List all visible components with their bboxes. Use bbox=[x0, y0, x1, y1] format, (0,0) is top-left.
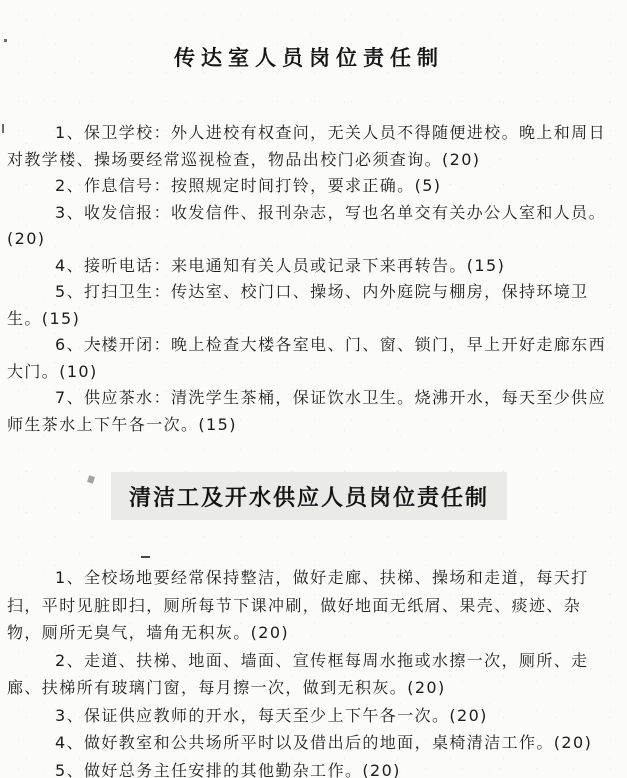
duty-item-1-5: 5、打扫卫生：传达室、校门口、操场、内外庭院与棚房，保持环境卫生。(15) bbox=[7, 279, 611, 332]
duty-item-1-3: 3、收发信报：收发信件、报刊杂志，写也名单交有关办公人室和人员。(20) bbox=[7, 200, 611, 253]
duty-item-1-6: 6、大楼开闭：晚上检查大楼各室电、门、窗、锁门，早上开好走廊东西大门。(10) bbox=[7, 332, 611, 385]
duty-item-2-5: 5、做好总务主任安排的其他勤杂工作。(20) bbox=[7, 757, 611, 778]
duty-item-1-1: 1、保卫学校：外人进校有权查问，无关人员不得随便进校。晚上和周日对教学楼、操场要… bbox=[7, 120, 611, 173]
duty-item-2-2: 2、走道、扶梯、地面、墙面、宣传框每周水拖或水擦一次，厕所、走廊、扶梯所有玻璃门… bbox=[7, 647, 611, 702]
scan-artifact bbox=[87, 475, 95, 484]
scan-artifact bbox=[2, 124, 4, 133]
section-1-body: 1、保卫学校：外人进校有权查问，无关人员不得随便进校。晚上和周日对教学楼、操场要… bbox=[7, 120, 611, 438]
duty-item-2-3: 3、保证供应教师的开水，每天至少上下午各一次。(20) bbox=[7, 702, 611, 730]
scan-artifact bbox=[95, 343, 100, 345]
scanned-document-page: 传达室人员岗位责任制 1、保卫学校：外人进校有权查问，无关人员不得随便进校。晚上… bbox=[0, 0, 627, 778]
section-2-title-band: 清洁工及开水供应人员岗位责任制 bbox=[111, 472, 507, 520]
duty-item-1-2: 2、作息信号：按照规定时间打铃，要求正确。(5) bbox=[7, 173, 611, 200]
section-2-body: 1、全校场地要经常保持整洁，做好走廊、扶梯、操场和走道，每天打扫，平时见脏即扫，… bbox=[7, 564, 611, 778]
duty-item-2-1: 1、全校场地要经常保持整洁，做好走廊、扶梯、操场和走道，每天打扫，平时见脏即扫，… bbox=[7, 564, 611, 647]
duty-item-1-7: 7、供应茶水：清洗学生茶桶，保证饮水卫生。烧沸开水，每天至少供应师生茶水上下午各… bbox=[7, 385, 611, 438]
duty-item-2-4: 4、做好教室和公共场所平时以及借出后的地面，桌椅清洁工作。(20) bbox=[7, 729, 611, 757]
scan-artifact bbox=[4, 39, 7, 42]
scan-artifact bbox=[141, 556, 150, 558]
section-1-title: 传达室人员岗位责任制 bbox=[7, 42, 611, 72]
section-2-title: 清洁工及开水供应人员岗位责任制 bbox=[111, 481, 507, 512]
duty-item-1-4: 4、接听电话：来电通知有关人员或记录下来再转告。(15) bbox=[7, 253, 611, 280]
